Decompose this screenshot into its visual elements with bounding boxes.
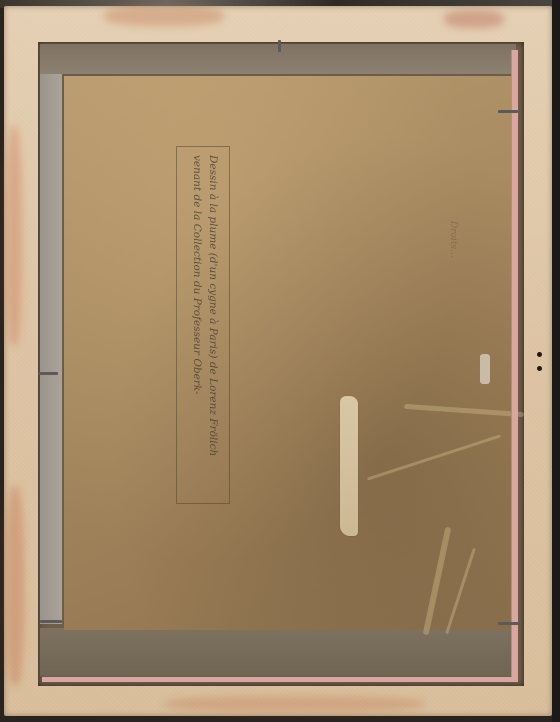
picture-frame: Dessin à la plume (d'un cygne à Paris) d… [4,6,552,716]
faint-inscription-text: Droits… [448,221,458,258]
frame-stain [6,126,22,346]
inner-frame-lip [511,50,518,678]
frame-stain [164,696,424,712]
frame-stain [6,486,24,686]
inner-frame-lip-bottom [42,677,518,682]
inscription-line-2: venant de la Collection du Professeur Ob… [189,155,205,495]
screw-hole [537,366,542,371]
retaining-nail [40,620,62,623]
screw-hole [537,352,542,357]
background-edge [552,0,560,722]
handwritten-inscription: Dessin à la plume (d'un cygne à Paris) d… [177,147,229,503]
scratch-streak [404,404,524,417]
retaining-nail [498,110,518,113]
scratch-streak [423,527,452,636]
retaining-nail [38,372,58,375]
paper-tear [340,396,358,536]
bottom-backing-strip [40,628,516,676]
frame-rebate: Dessin à la plume (d'un cygne à Paris) d… [38,42,524,686]
scratch-streak [445,548,476,635]
left-backing-strip [40,74,62,624]
inscription-line-1: Dessin à la plume (d'un cygne à Paris) d… [205,155,221,495]
backing-board: Dessin à la plume (d'un cygne à Paris) d… [64,76,516,630]
scratch-streak [367,434,501,480]
faint-inscription: Droits… [444,221,484,381]
frame-stain [444,10,504,28]
inscription-box: Dessin à la plume (d'un cygne à Paris) d… [176,146,230,504]
frame-stain [104,6,224,26]
turn-clip [480,354,490,384]
retaining-nail [498,622,520,625]
retaining-nail [278,40,281,52]
